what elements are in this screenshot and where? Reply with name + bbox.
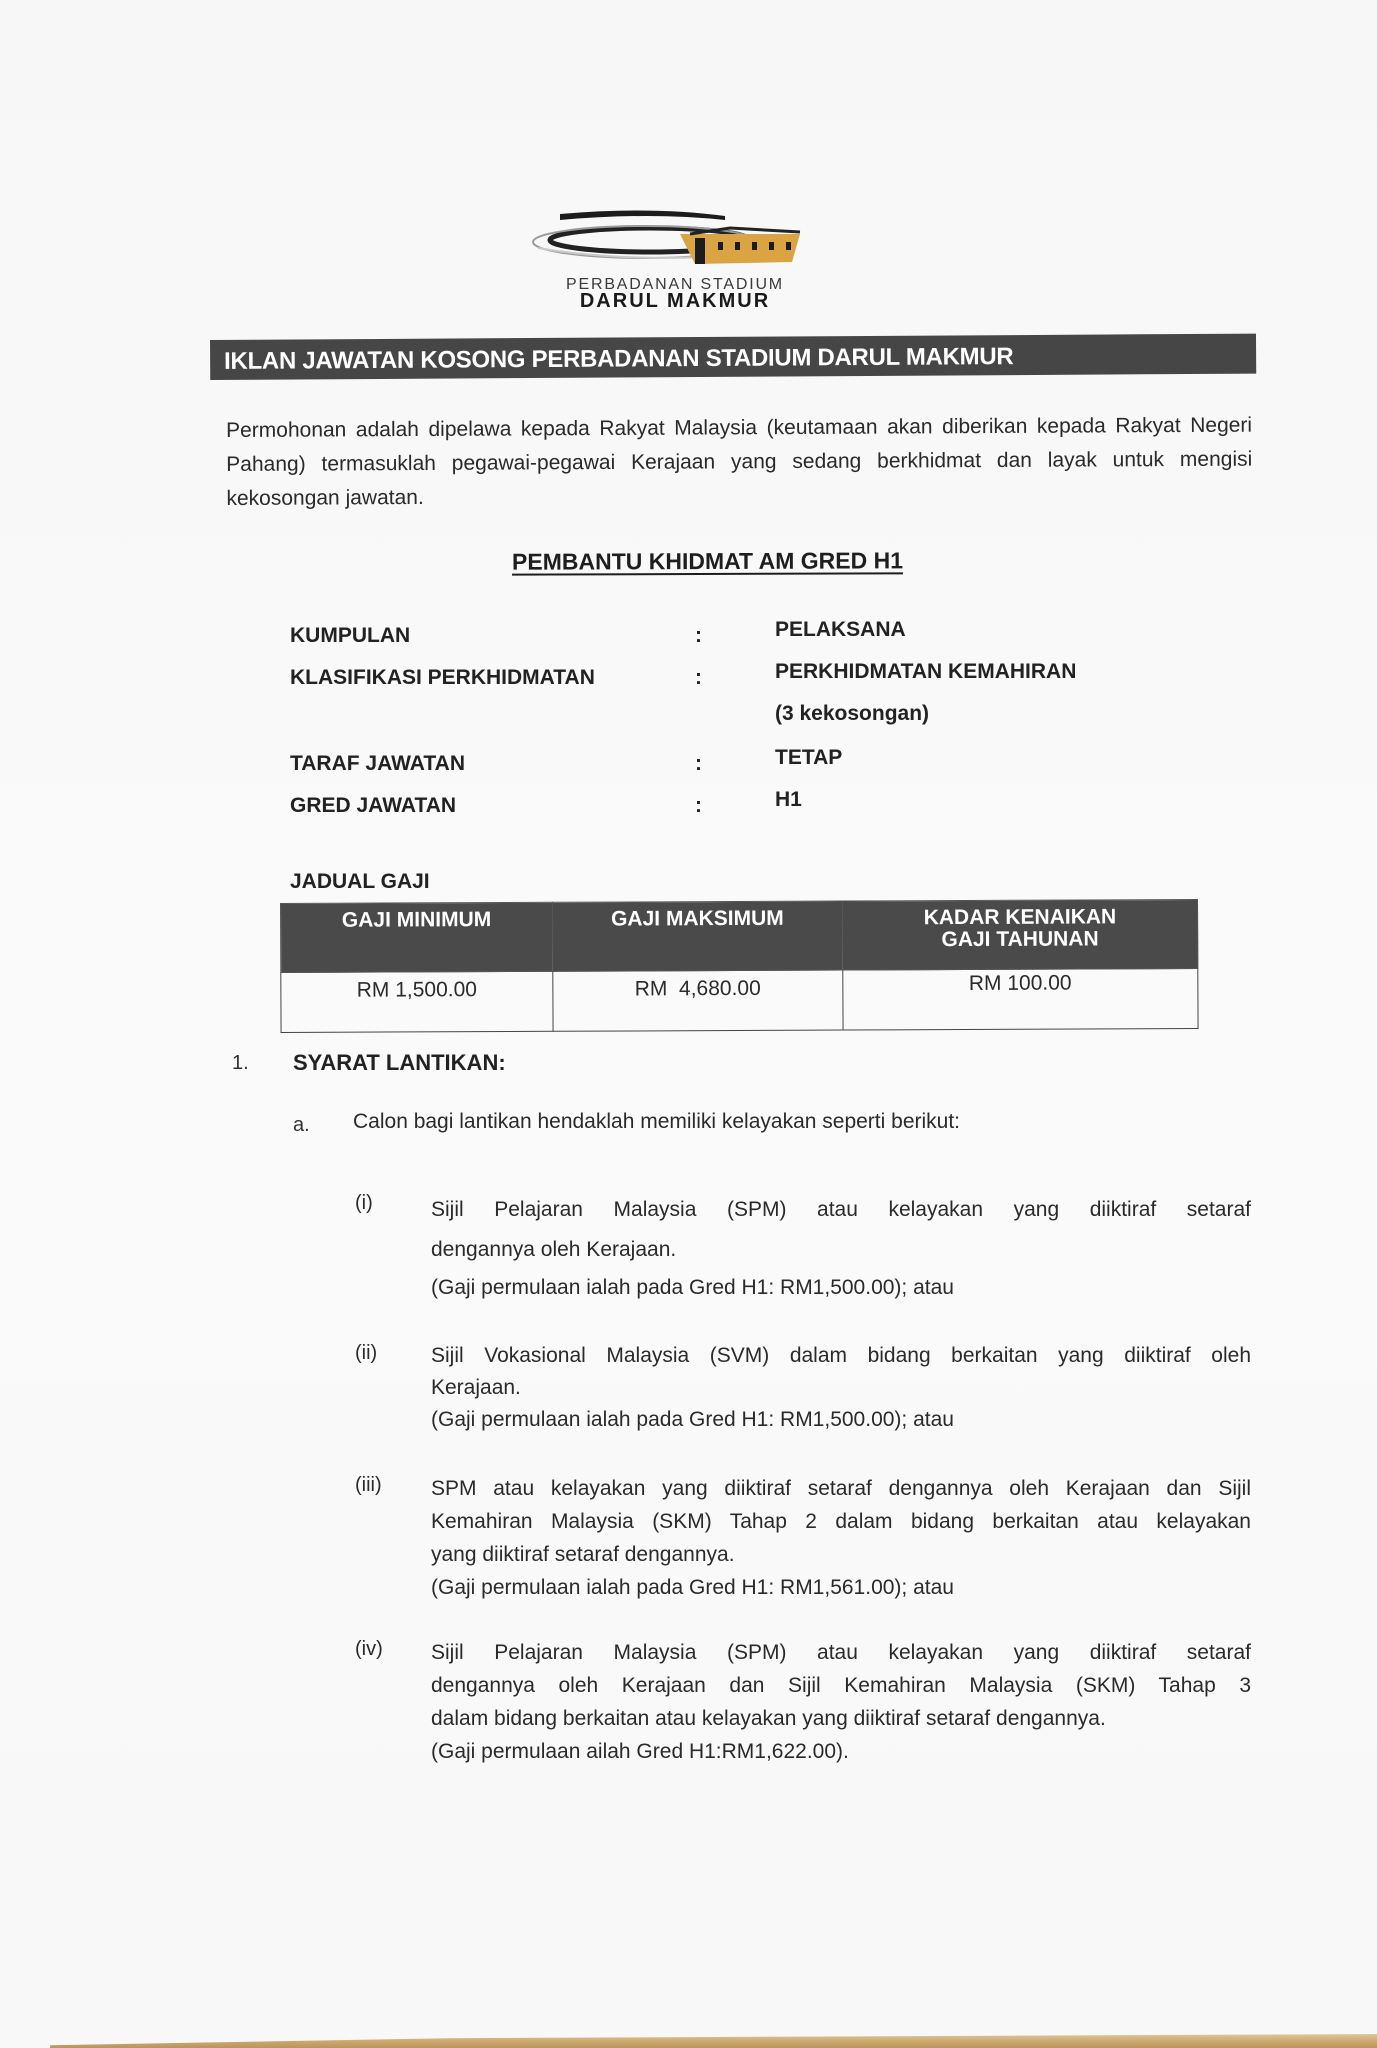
section-number: 1. xyxy=(232,1052,249,1075)
info-value: PELAKSANA xyxy=(775,618,906,642)
info-label: KUMPULAN xyxy=(290,624,410,648)
info-value: TETAP xyxy=(775,746,842,770)
item-line: (Gaji permulaan ialah pada Gred H1: RM1,… xyxy=(431,1571,1251,1604)
info-row-vacancy-note: (3 kekosongan) xyxy=(290,702,1190,746)
item-line: (Gaji permulaan ialah pada Gred H1: RM1,… xyxy=(431,1404,1251,1436)
info-separator: : xyxy=(695,624,702,648)
header-min-salary: GAJI MINIMUM xyxy=(281,902,553,972)
item-line: dalam bidang berkaitan atau kelayakan ya… xyxy=(431,1702,1251,1735)
info-value: PERKHIDMATAN KEMAHIRAN xyxy=(775,660,1076,684)
sub-letter: a. xyxy=(293,1114,310,1137)
item-line: SPM atau kelayakan yang diiktiraf setara… xyxy=(431,1472,1251,1505)
salary-value-row: RM 1,500.00 RM 4,680.00 RM 100.00 xyxy=(281,968,1198,1032)
section-title: SYARAT LANTIKAN: xyxy=(293,1050,506,1076)
post-title: PEMBANTU KHIDMAT AM GRED H1 xyxy=(512,547,903,575)
item-line: Kemahiran Malaysia (SKM) Tahap 2 dalam b… xyxy=(431,1505,1251,1538)
info-row-kumpulan: KUMPULAN : PELAKSANA xyxy=(290,618,1190,660)
info-label: GRED JAWATAN xyxy=(290,794,456,818)
header-annual-increment: KADAR KENAIKAN GAJI TAHUNAN xyxy=(842,899,1198,970)
salary-header-row: GAJI MINIMUM GAJI MAKSIMUM KADAR KENAIKA… xyxy=(281,899,1198,972)
sub-text: Calon bagi lantikan hendaklah memiliki k… xyxy=(353,1110,960,1134)
info-separator: : xyxy=(695,752,702,776)
info-separator: : xyxy=(695,794,702,818)
info-row-klasifikasi: KLASIFIKASI PERKHIDMATAN : PERKHIDMATAN … xyxy=(290,660,1190,702)
info-separator: : xyxy=(695,666,702,690)
item-line: yang diiktiraf setaraf dengannya. xyxy=(431,1538,1251,1571)
item-number: (i) xyxy=(355,1192,373,1215)
banner-title: IKLAN JAWATAN KOSONG PERBADANAN STADIUM … xyxy=(224,343,1013,376)
header-line: KADAR KENAIKAN xyxy=(924,905,1117,929)
max-salary-value: RM 4,680.00 xyxy=(553,970,843,1031)
item-number: (iii) xyxy=(355,1474,382,1497)
document-page: PERBADANAN STADIUM DARUL MAKMUR IKLAN JA… xyxy=(0,0,1377,2048)
salary-heading: JADUAL GAJI xyxy=(290,870,430,894)
intro-paragraph: Permohonan adalah dipelawa kepada Rakyat… xyxy=(226,409,1253,516)
info-label: KLASIFIKASI PERKHIDMATAN xyxy=(290,666,595,690)
annual-increment-value: RM 100.00 xyxy=(843,968,1199,1030)
item-line: Sijil Pelajaran Malaysia (SPM) atau kela… xyxy=(431,1190,1251,1230)
stadium-logo-icon xyxy=(530,198,820,278)
vacancy-note: (3 kekosongan) xyxy=(775,702,929,726)
item-line: Kerajaan. xyxy=(431,1372,1251,1404)
job-info: KUMPULAN : PELAKSANA KLASIFIKASI PERKHID… xyxy=(290,618,1190,830)
salary-table: GAJI MINIMUM GAJI MAKSIMUM KADAR KENAIKA… xyxy=(280,899,1199,1033)
info-row-gred: GRED JAWATAN : H1 xyxy=(290,788,1190,830)
item-line: dengannya oleh Kerajaan. xyxy=(431,1230,1251,1270)
header-line: GAJI TAHUNAN xyxy=(941,927,1098,951)
item-number: (iv) xyxy=(355,1638,383,1661)
title-banner: IKLAN JAWATAN KOSONG PERBADANAN STADIUM … xyxy=(210,334,1256,380)
logo-text-line2: DARUL MAKMUR xyxy=(535,291,815,311)
organization-logo: PERBADANAN STADIUM DARUL MAKMUR xyxy=(530,198,820,314)
min-salary-value: RM 1,500.00 xyxy=(281,971,553,1032)
item-number: (ii) xyxy=(355,1342,377,1365)
item-line: (Gaji permulaan ailah Gred H1:RM1,622.00… xyxy=(431,1735,1251,1768)
item-line: Sijil Vokasional Malaysia (SVM) dalam bi… xyxy=(431,1340,1251,1372)
item-line: dengannya oleh Kerajaan dan Sijil Kemahi… xyxy=(431,1669,1251,1702)
paper-edge xyxy=(50,2034,1377,2048)
item-line: (Gaji permulaan ialah pada Gred H1: RM1,… xyxy=(431,1270,1251,1306)
info-row-taraf: TARAF JAWATAN : TETAP xyxy=(290,746,1190,788)
item-line: Sijil Pelajaran Malaysia (SPM) atau kela… xyxy=(431,1636,1251,1669)
info-label: TARAF JAWATAN xyxy=(290,752,465,776)
info-value: H1 xyxy=(775,788,802,812)
header-max-salary: GAJI MAKSIMUM xyxy=(552,901,842,971)
